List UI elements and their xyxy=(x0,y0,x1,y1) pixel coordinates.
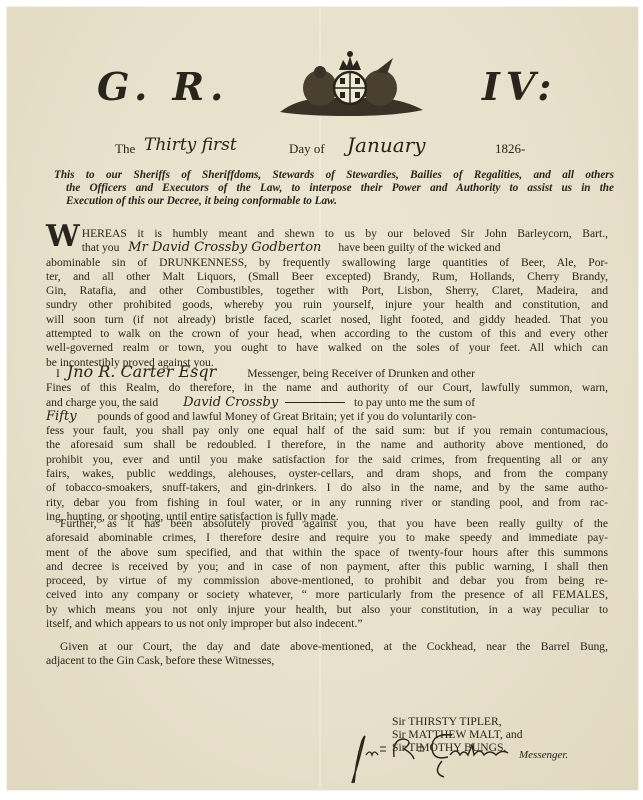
line-suffix: have been guilty of the wicked and xyxy=(338,241,500,254)
date-middle: Day of xyxy=(289,141,325,157)
royal-cypher-gr: G. R. xyxy=(97,64,229,109)
line-prefix: that you xyxy=(82,241,120,254)
text-line: proceed, by virtue of my commission abov… xyxy=(46,574,608,588)
text-line: Further, as it has been absolutely prove… xyxy=(46,517,608,531)
text-line: will soon turn (if not already) bristle … xyxy=(46,313,608,327)
text-line: ceived into any company or society whate… xyxy=(46,588,608,602)
text-line: attempted to walk on the crown of your h… xyxy=(46,327,608,341)
text-line: aforesaid abominable crimes, I therefore… xyxy=(46,531,608,545)
text-line: abominable sin of DRUNKENNESS, by freque… xyxy=(46,256,608,270)
line-prefix: I xyxy=(56,367,60,380)
handwritten-month: January xyxy=(347,133,426,157)
line-suffix: to pay unto me the sum of xyxy=(354,396,475,409)
text-line: Gin, Ratafia, and other Combustibles, to… xyxy=(46,284,608,298)
text-line: Given at our Court, the day and date abo… xyxy=(46,640,608,654)
text-line: HEREAS it is humbly meant and shewn to u… xyxy=(46,227,608,241)
drop-cap: W xyxy=(46,225,80,249)
date-year: 1826- xyxy=(495,141,525,157)
paragraph-further: Further, as it has been absolutely prove… xyxy=(46,517,608,631)
text-line: that you Mr David Crossby Godberton have… xyxy=(46,241,608,255)
text-line: I Jno R. Carter Esqr Messenger, being Re… xyxy=(46,365,608,381)
paragraph-given: Given at our Court, the day and date abo… xyxy=(46,640,608,669)
text-line: the aforesaid sum shall be redoubled. I … xyxy=(46,438,608,452)
royal-numeral-iv: IV: xyxy=(482,64,557,109)
handwritten-signature-icon xyxy=(332,727,542,787)
preamble-line: the Officers and Executors of the Law, t… xyxy=(54,182,614,195)
text-line: fairs, wakes, public weddings, alehouses… xyxy=(46,467,608,481)
text-line: Fifty pounds of good and lawful Money of… xyxy=(46,410,608,424)
text-line: and decree is received by you; and in ca… xyxy=(46,560,608,574)
line-suffix: pounds of good and lawful Money of Great… xyxy=(97,410,476,423)
line-suffix: Messenger, being Receiver of Drunken and… xyxy=(247,367,475,380)
preamble-line: This to our Sheriffs of Sheriffdoms, Ste… xyxy=(54,169,614,182)
paragraph-whereas: W HEREAS it is humbly meant and shewn to… xyxy=(46,227,608,370)
handwritten-day: Thirty first xyxy=(144,135,237,155)
text-line: well-governed realm or town, you ought t… xyxy=(46,341,608,355)
text-line: of tobacco-smoakers, snuff-takers, and g… xyxy=(46,481,608,495)
text-line: ter, and all other Malt Liquors, (Small … xyxy=(46,270,608,284)
handwritten-offender-name: Mr David Crossby Godberton xyxy=(128,240,321,255)
royal-coat-of-arms-icon xyxy=(275,50,425,120)
text-line: Fines of this Realm, do therefore, in th… xyxy=(46,381,608,395)
handwritten-said-name: David Crossby xyxy=(183,395,278,410)
handwritten-sum: Fifty xyxy=(46,409,77,424)
text-line: itself, and which appears to us not only… xyxy=(46,617,608,631)
handwritten-messenger-name: Jno R. Carter Esqr xyxy=(67,362,217,381)
paragraph-summons: I Jno R. Carter Esqr Messenger, being Re… xyxy=(46,365,608,524)
text-line: rity, debar you from fishing in foul wat… xyxy=(46,496,608,510)
signature-title: Messenger. xyxy=(519,749,568,761)
text-line: sundry other prohibited goods, whereby y… xyxy=(46,298,608,312)
text-line: and charge you, the said David Crossby t… xyxy=(46,396,608,410)
text-line: by which means you not only injure your … xyxy=(46,603,608,617)
document-header: G. R. IV: xyxy=(7,62,638,122)
text-line: adjacent to the Gin Cask, before these W… xyxy=(46,654,608,668)
line-prefix: and charge you, the said xyxy=(46,396,158,409)
preamble-line: Execution of this our Decree, it being c… xyxy=(54,195,614,208)
date-prefix: The xyxy=(115,141,135,157)
text-line: prohibit you, ever and until you make sa… xyxy=(46,453,608,467)
text-line: ment of the above sum specified, and tha… xyxy=(46,546,608,560)
blank-line xyxy=(285,402,345,403)
text-line: fess your fault, you shall pay only one … xyxy=(46,424,608,438)
summons-document: G. R. IV: The Thirty first Day of Januar… xyxy=(7,7,638,790)
preamble: This to our Sheriffs of Sheriffdoms, Ste… xyxy=(54,169,614,208)
